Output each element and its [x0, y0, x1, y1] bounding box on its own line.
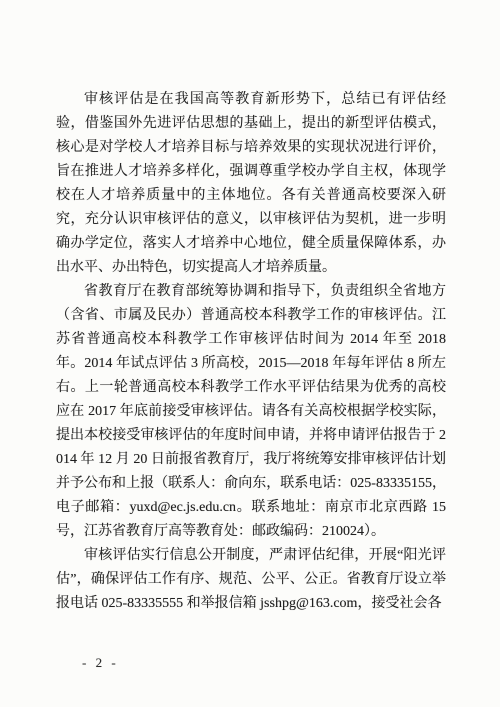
page-number: - 2 - [82, 654, 119, 672]
paragraph-3: 审核评估实行信息公开制度，严肃评估纪律，开展“阳光评估”，确保评估工作有序、规范… [56, 544, 446, 616]
paragraph-2: 省教育厅在教育部统筹协调和指导下，负责组织全省地方（含省、市属及民办）普通高校本… [56, 280, 446, 544]
document-body: 审核评估是在我国高等教育新形势下，总结已有评估经验，借鉴国外先进评估思想的基础上… [56, 88, 446, 616]
paragraph-1: 审核评估是在我国高等教育新形势下，总结已有评估经验，借鉴国外先进评估思想的基础上… [56, 88, 446, 280]
document-page: 审核评估是在我国高等教育新形势下，总结已有评估经验，借鉴国外先进评估思想的基础上… [0, 0, 500, 707]
